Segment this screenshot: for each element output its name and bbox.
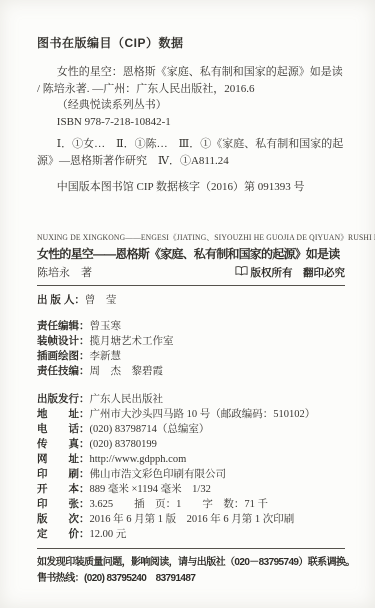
cip-section: 图书在版编目（CIP）数据 女性的星空：恩格斯《家庭、私有制和国家的起源》如是读… [37,34,345,196]
editor-value: 李新慧 [90,349,122,364]
publishing-value: 广东人民出版社 [90,392,164,407]
editor-row: 装帧设计： 揽月塘艺术工作室 [37,334,345,349]
sales-hotline: 售书热线：(020) 83795240 83791487 [37,571,345,587]
divider-top [37,285,345,286]
editor-label: 责任技编： [37,364,90,379]
book-title: 女性的星空——恩格斯《家庭、私有制和国家的起源》如是读 [37,245,345,263]
title-block: NUXING DE XINGKONG——ENGESI《JIATING、SIYOU… [37,232,345,281]
editors-section: 责任编辑： 曾玉寒 装帧设计： 揽月塘艺术工作室 插画绘图： 李新慧 责任技编：… [37,319,345,379]
publishing-row: 地 址： 广州市大沙头四马路 10 号（邮政编码：510102） [37,407,345,422]
cip-entry: 女性的星空：恩格斯《家庭、私有制和国家的起源》如是读 / 陈培永著. —广州：广… [37,64,345,97]
publishing-label: 定 价： [37,527,90,542]
copyright-notice: 版权所有 翻印必究 [235,265,346,281]
publishing-value: http://www.gdpph.com [90,452,187,467]
editor-label: 插画绘图： [37,349,90,364]
editor-value: 周 杰 黎碧霞 [90,364,164,379]
publisher-person-label: 出 版 人： [37,293,85,308]
footer-note: 如发现印装质量问题，影响阅读，请与出版社（020－83795749）联系调换。 … [37,555,345,587]
publishing-label: 地 址： [37,407,90,422]
quality-notice: 如发现印装质量问题，影响阅读，请与出版社（020－83795749）联系调换。 [37,555,345,571]
publishing-row: 网 址： http://www.gdpph.com [37,452,345,467]
divider-bottom [37,548,345,549]
publishing-row: 版 次： 2016 年 6 月第 1 版 2016 年 6 月第 1 次印刷 [37,512,345,527]
publishing-value: (020) 83780199 [90,437,157,452]
cip-classification: Ⅰ．①女… Ⅱ．①陈… Ⅲ．①《家庭、私有制和国家的起源》—恩格斯著作研究 Ⅳ．… [37,136,345,169]
cip-header: 图书在版编目（CIP）数据 [37,34,345,51]
publishing-label: 传 真： [37,437,90,452]
cip-record-number: 中国版本图书馆 CIP 数据核字（2016）第 091393 号 [37,179,345,196]
publishing-label: 版 次： [37,512,90,527]
publishing-value: 3.625 插 页：1 字 数：71 千 [90,497,269,512]
series-note: （经典悦读系列丛书） [37,97,345,114]
publishing-row: 出版发行： 广东人民出版社 [37,392,345,407]
publishing-value: 2016 年 6 月第 1 版 2016 年 6 月第 1 次印刷 [90,512,295,527]
publishing-row: 开 本： 889 毫米 ×1194 毫米 1/32 [37,482,345,497]
editor-value: 揽月塘艺术工作室 [90,334,174,349]
open-book-icon [235,265,248,281]
book-copyright-page: 图书在版编目（CIP）数据 女性的星空：恩格斯《家庭、私有制和国家的起源》如是读… [0,0,375,608]
publishing-row: 传 真： (020) 83780199 [37,437,345,452]
editor-label: 装帧设计： [37,334,90,349]
publishing-label: 网 址： [37,452,90,467]
publishing-row: 印 张： 3.625 插 页：1 字 数：71 千 [37,497,345,512]
editor-row: 责任技编： 周 杰 黎碧霞 [37,364,345,379]
author-name: 陈培永 著 [37,265,92,281]
publishing-section: 出版发行： 广东人民出版社 地 址： 广州市大沙头四马路 10 号（邮政编码：5… [37,392,345,542]
editor-row: 插画绘图： 李新慧 [37,349,345,364]
pinyin-title: NUXING DE XINGKONG——ENGESI《JIATING、SIYOU… [37,232,330,244]
publishing-value: (020) 83798714（总编室） [90,422,210,437]
copyright-text: 版权所有 翻印必究 [251,265,346,281]
editor-row: 责任编辑： 曾玉寒 [37,319,345,334]
publisher-person-row: 出 版 人： 曾 莹 [37,293,345,308]
publishing-label: 开 本： [37,482,90,497]
publishing-label: 印 张： [37,497,90,512]
publishing-label: 出版发行： [37,392,90,407]
isbn-line: ISBN 978-7-218-10842-1 [37,114,345,131]
publishing-value: 12.00 元 [90,527,127,542]
publishing-value: 佛山市浩文彩色印刷有限公司 [90,467,227,482]
publishing-value: 889 毫米 ×1194 毫米 1/32 [90,482,211,497]
publisher-person-value: 曾 莹 [85,293,117,308]
publishing-row: 印 刷： 佛山市浩文彩色印刷有限公司 [37,467,345,482]
publishing-label: 电 话： [37,422,90,437]
publishing-label: 印 刷： [37,467,90,482]
author-row: 陈培永 著 版权所有 翻印必究 [37,265,345,281]
publishing-row: 电 话： (020) 83798714（总编室） [37,422,345,437]
editor-value: 曾玉寒 [90,319,122,334]
publishing-value: 广州市大沙头四马路 10 号（邮政编码：510102） [90,407,316,422]
editor-label: 责任编辑： [37,319,90,334]
publishing-row: 定 价： 12.00 元 [37,527,345,542]
